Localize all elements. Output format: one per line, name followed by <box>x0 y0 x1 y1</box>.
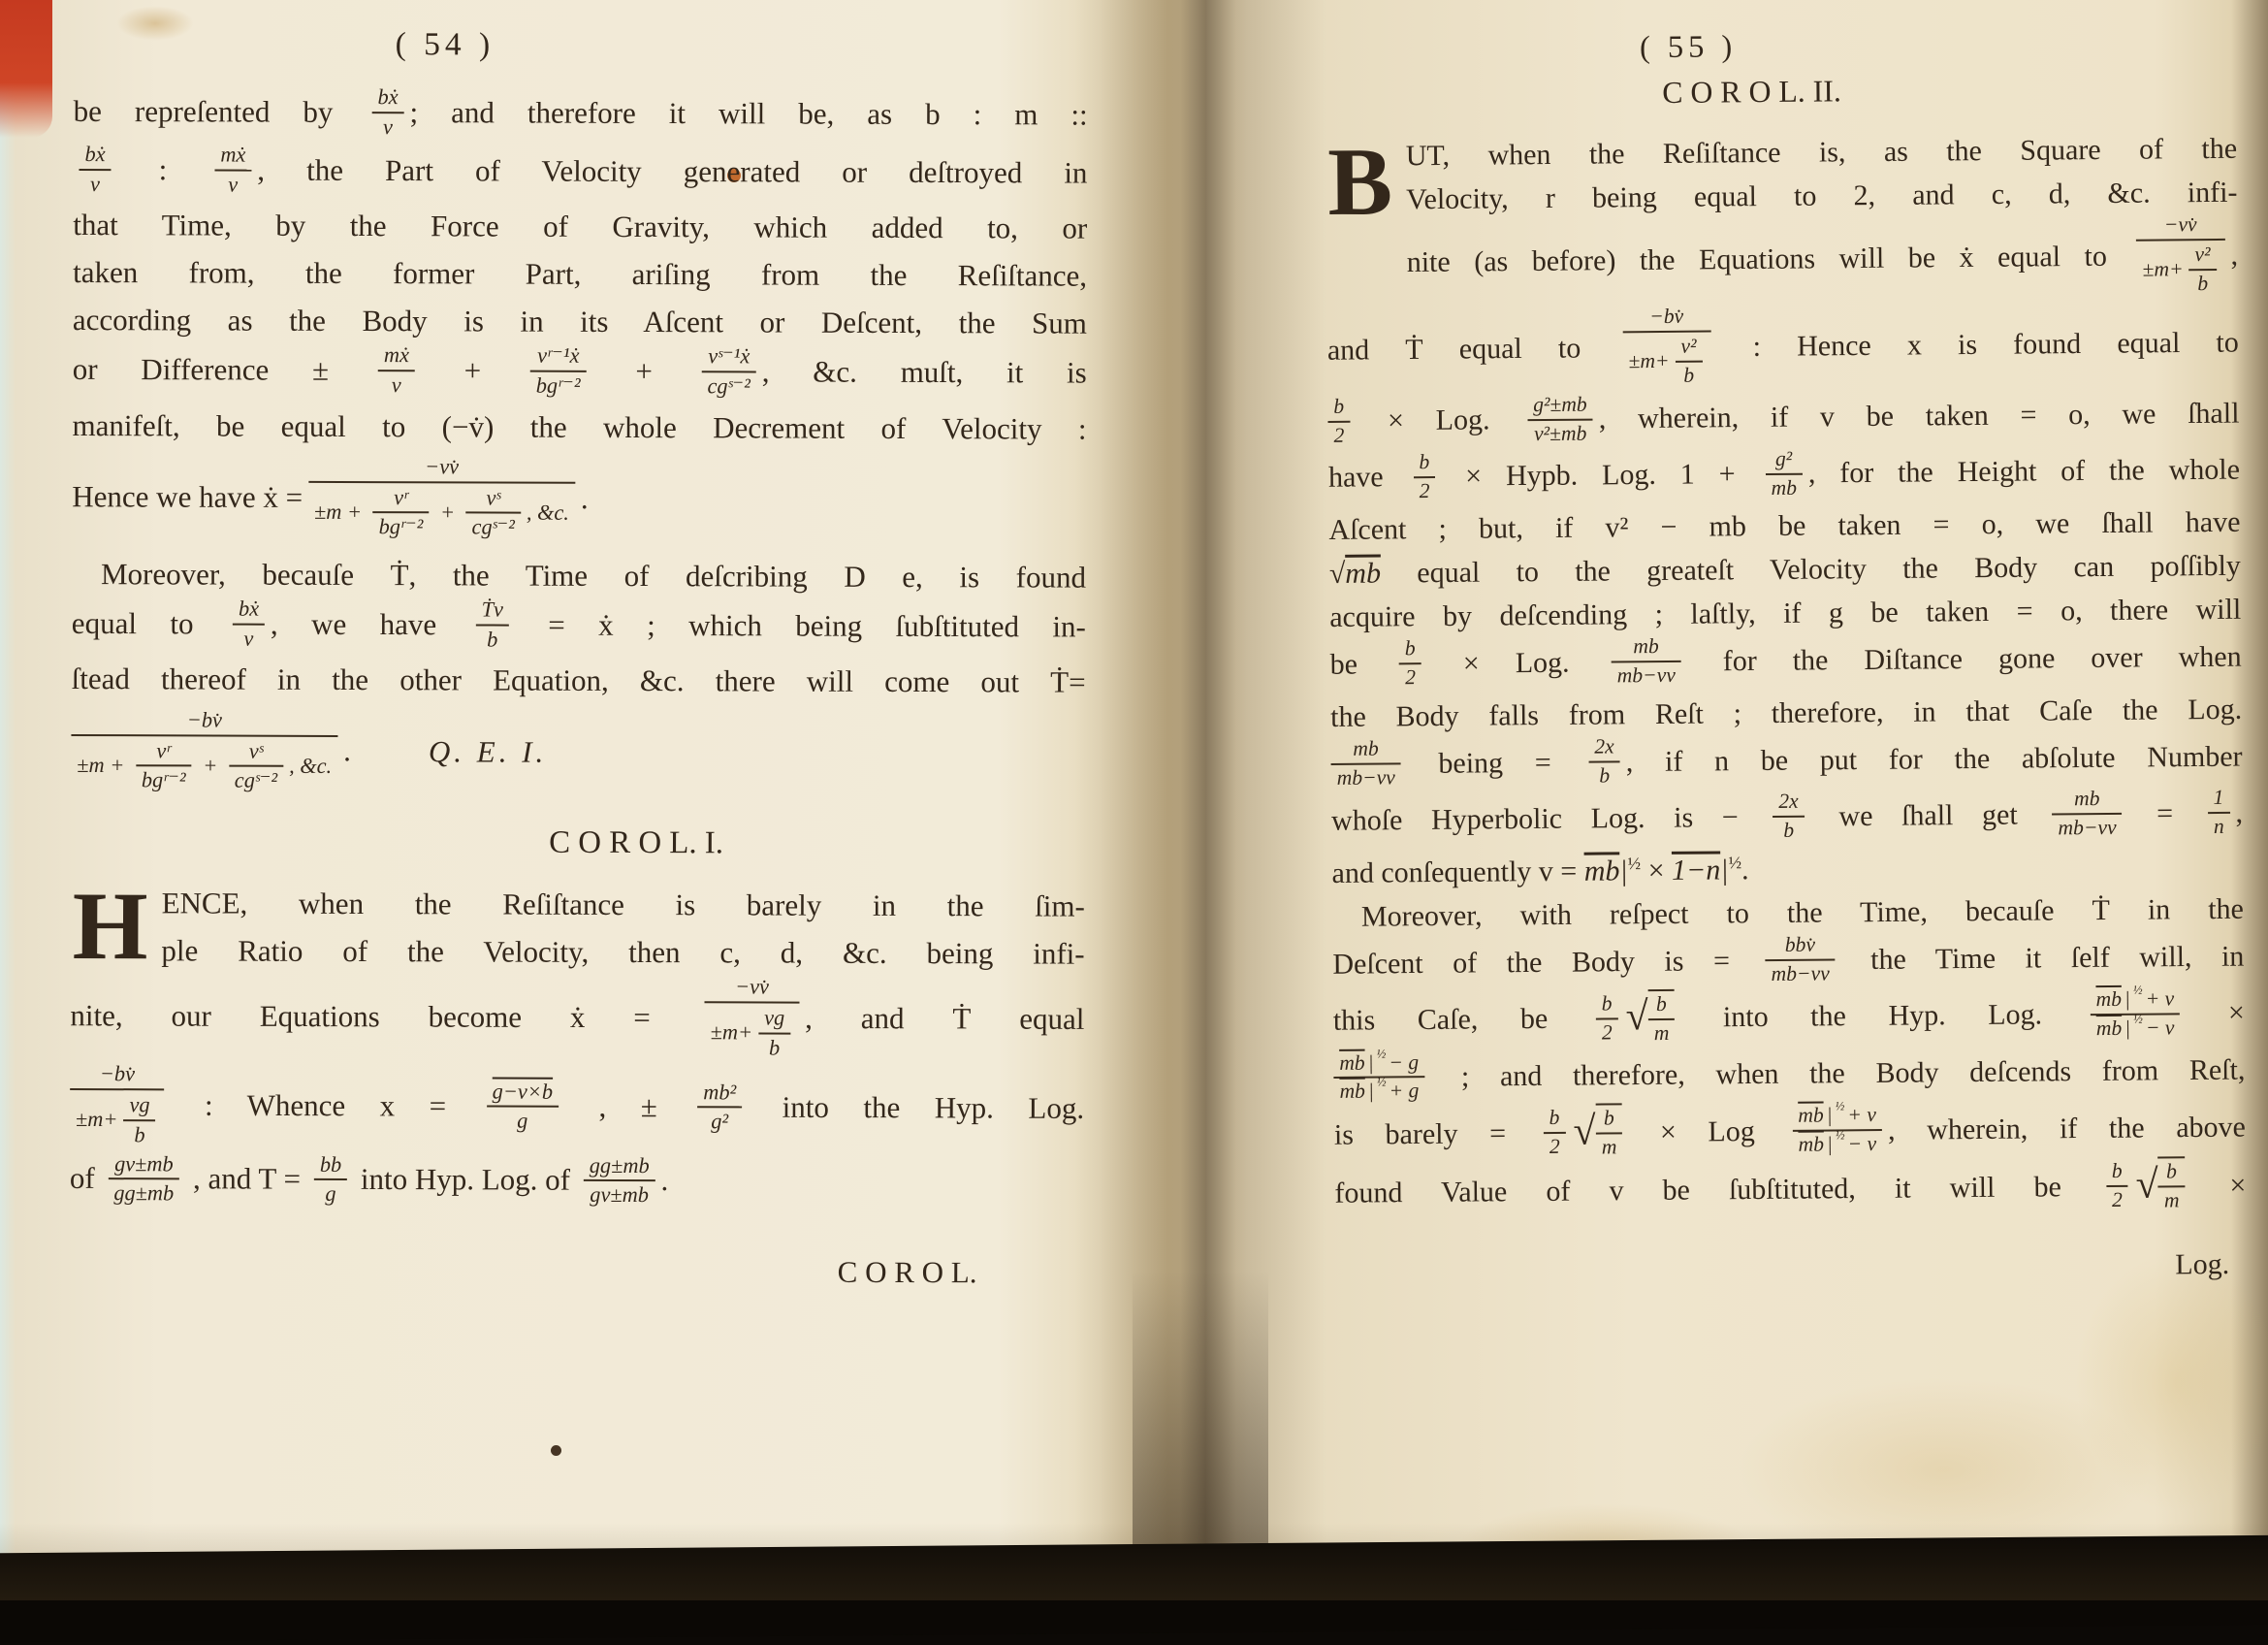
text-line: be repreſented by bẋv; and therefore it … <box>74 85 1088 146</box>
fraction: vgb <box>758 1004 790 1062</box>
section-heading: C O R O L. II. <box>1295 71 2207 113</box>
big-fraction: −vv̇±m+v²b <box>2136 211 2225 300</box>
fraction: g−v×bg <box>487 1078 559 1136</box>
fraction: mẋv <box>214 141 251 199</box>
power-fraction: mb|½+ vmb|½− v <box>2090 985 2180 1043</box>
drop-cap: H <box>73 883 148 970</box>
fraction: g²mb <box>1765 445 1803 501</box>
fraction: vʳ⁻¹ẋbgʳ⁻² <box>530 342 587 401</box>
formula-line: or Difference ± mẋv + vʳ⁻¹ẋbgʳ⁻² + vˢ⁻¹ẋ… <box>73 343 1087 404</box>
stain <box>1454 1503 1755 1596</box>
fraction: 1n <box>2208 785 2230 841</box>
display-formula: −bv̇±m + vʳbgʳ⁻² + vˢcgˢ⁻², &c..Q. E. I. <box>71 708 1085 801</box>
paragraph: H ENCE, when the Reſiſtance is barely in… <box>71 879 1085 978</box>
formula-line: mb|½− gmb|½+ g ; and therefore, when the… <box>1333 1045 2245 1109</box>
big-fraction: −bv̇±m+v²b <box>1622 304 1711 392</box>
radical-fraction: bm <box>1595 1104 1622 1162</box>
formula-line: nite (as before) the Equations will be ẋ… <box>1326 214 2239 309</box>
bottom-shadow-band <box>0 1534 2268 1642</box>
fraction: mbmb−vv <box>2052 786 2123 842</box>
text-line: taken from, the former Part, ariſing fro… <box>73 248 1087 300</box>
fraction: bbv̇mb−vv <box>1765 931 1836 987</box>
power-fraction: mb|½− gmb|½+ g <box>1333 1049 1424 1107</box>
formula-line: found Value of v be ſubſtituted, it will… <box>1334 1159 2246 1225</box>
stain <box>1736 1377 2153 1562</box>
radical-sign: √ <box>1625 994 1647 1039</box>
fraction: g²±mbv²±mb <box>1527 391 1593 447</box>
formula-line: this Caſe, be b2√bm into the Hyp. Log. m… <box>1333 986 2245 1052</box>
page-number: ( 55 ) <box>1232 26 2144 70</box>
page-number: ( 54 ) <box>0 25 952 66</box>
catchword: C O R O L. <box>69 1245 1083 1297</box>
text-line: according as the Body is in its Aſcent o… <box>73 296 1087 347</box>
radical-fraction: bm <box>2158 1156 2186 1214</box>
text-line: that Time, by the Force of Gravity, whic… <box>73 201 1087 252</box>
text-line: UT, when the Reſiſtance is, as the Squar… <box>1326 127 2237 178</box>
fraction: v²b <box>1675 334 1703 390</box>
text-line: ple Ratio of the Velocity, then c, d, &c… <box>71 926 1085 978</box>
fraction: bbg <box>314 1151 348 1210</box>
fraction: vʳbgʳ⁻² <box>373 484 430 542</box>
formula-line: whoſe Hyperbolic Log. is − 2xb we ſhall … <box>1331 787 2243 851</box>
text-line: Moreover, becauſe Ṫ, the Time of deſcrib… <box>72 550 1086 601</box>
formula-line: Deſcent of the Body is = bbv̇mb−vv the T… <box>1332 930 2244 994</box>
formula-line: of gv±mbgg±mb , and T = bbg into Hyp. Lo… <box>70 1152 1084 1213</box>
fraction: b2 <box>1327 394 1350 450</box>
fraction: Ṫvb <box>476 597 510 655</box>
display-formula: Hence we have ẋ =−vv̇±m + vʳbgʳ⁻² + vˢcg… <box>72 455 1086 548</box>
text-line: Velocity, r being equal to 2, and c, d, … <box>1326 171 2237 222</box>
text-line: Aſcent ; but, if v² − mb be taken = o, w… <box>1328 500 2240 552</box>
fraction: bẋv <box>233 596 265 654</box>
formula-line: and conſequently v = mb|½ × 1−n|½. <box>1331 843 2243 894</box>
text-line: bẋv : mẋv, the Part of Velocity generate… <box>73 144 1087 205</box>
overlined-term: 1−n <box>1672 854 1721 886</box>
fraction: 2xb <box>1588 734 1620 790</box>
text-line: Moreover, with reſpect to the Time, beca… <box>1332 887 2244 938</box>
catchword: Log. <box>1335 1242 2247 1293</box>
qei-label: Q. E. I. <box>429 734 548 768</box>
page-55: ( 55 ) C O R O L. II. B UT, when the Reſ… <box>1325 25 2247 1294</box>
fraction: b2 <box>2106 1158 2128 1214</box>
fraction: vgb <box>123 1091 155 1149</box>
fraction: vˢcgˢ⁻² <box>229 737 283 795</box>
book-spread: ( 54 ) be repreſented by bẋv; and theref… <box>0 0 2268 1600</box>
radical-fraction: bm <box>1647 989 1675 1048</box>
formula-line: nite, our Equations become ẋ = −vv̇±m+vg… <box>70 974 1084 1067</box>
formula-line: be b2 × Log. mbmb−vv for the Diſtance go… <box>1329 631 2241 695</box>
fraction: vˢcgˢ⁻² <box>466 484 521 542</box>
formula-line: equal to bẋv, we have Ṫvb = ẋ ; which be… <box>72 597 1086 659</box>
radical-sign: √ <box>1329 558 1346 590</box>
text-line: ſtead thereof in the other Equation, &c.… <box>72 655 1086 706</box>
fraction: gv±mbgg±mb <box>108 1150 179 1209</box>
text-line: manifeſt, be equal to (−v̇) the whole De… <box>72 402 1086 453</box>
fraction: gg±mbgv±mb <box>584 1151 655 1210</box>
fraction: mbmb−vv <box>1330 736 1401 792</box>
drop-cap: B <box>1327 138 1392 226</box>
formula-line: −bv̇±m+vgb : Whence x = g−v×bg , ± mb²g²… <box>70 1063 1084 1156</box>
overlined-term: mb <box>1345 558 1381 590</box>
fraction: b2 <box>1413 449 1435 505</box>
fraction: mbmb−vv <box>1611 633 1681 690</box>
formula-line: is barely = b2√bm × Log mb|½+ vmb|½− v, … <box>1334 1101 2246 1167</box>
formula-line: b2 × Log. g²±mbv²±mb, wherein, if v be t… <box>1327 388 2239 452</box>
fraction: b2 <box>1544 1105 1566 1161</box>
fraction: bẋv <box>371 83 403 142</box>
big-fraction: −bv̇±m+vgb <box>70 1060 165 1150</box>
fraction: mb²g² <box>697 1079 742 1137</box>
paragraph: B UT, when the Reſiſtance is, as the Squ… <box>1326 127 2238 222</box>
text-line: ENCE, when the Reſiſtance is barely in t… <box>71 879 1085 930</box>
text-line: acquire by deſcending ; laſtly, if g be … <box>1329 588 2241 639</box>
power-fraction: mb|½+ vmb|½− v <box>1792 1102 1882 1159</box>
fraction: mẋv <box>378 341 415 400</box>
big-fraction: −vv̇±m + vʳbgʳ⁻² + vˢcgˢ⁻², &c. <box>308 453 575 543</box>
fraction: vˢ⁻¹ẋcgˢ⁻² <box>701 343 755 402</box>
formula-line: have b2 × Hypb. Log. 1 + g²mb, for the H… <box>1328 444 2240 508</box>
fraction: vʳbgʳ⁻² <box>136 737 192 795</box>
page-gutter <box>1074 0 1326 1600</box>
big-fraction: −vv̇±m+vgb <box>705 973 800 1063</box>
speck <box>551 1445 561 1456</box>
formula-line: and Ṫ equal to −bv̇±m+v²b : Hence x is f… <box>1326 302 2239 397</box>
text-line: the Body falls from Reſt ; therefore, in… <box>1330 688 2242 739</box>
fraction: v²b <box>2188 242 2217 298</box>
radical-sign: √ <box>1573 1110 1595 1154</box>
fraction: b2 <box>1399 636 1421 693</box>
page-edge-left <box>0 0 16 1600</box>
big-fraction: −bv̇±m + vʳbgʳ⁻² + vˢcgˢ⁻², &c. <box>71 706 337 796</box>
radical-sign: √ <box>2135 1162 2157 1207</box>
page-54: ( 54 ) be repreſented by bẋv; and theref… <box>69 25 1088 1296</box>
fraction: b2 <box>1596 990 1618 1047</box>
fraction: bẋv <box>79 141 111 199</box>
red-edge-mark <box>0 0 52 138</box>
section-heading: C O R O L. I. <box>129 823 1143 863</box>
fraction: 2xb <box>1773 789 1805 845</box>
formula-line: √mb equal to the greateſt Velocity the B… <box>1329 544 2241 596</box>
overlined-term: mb <box>1584 855 1620 887</box>
